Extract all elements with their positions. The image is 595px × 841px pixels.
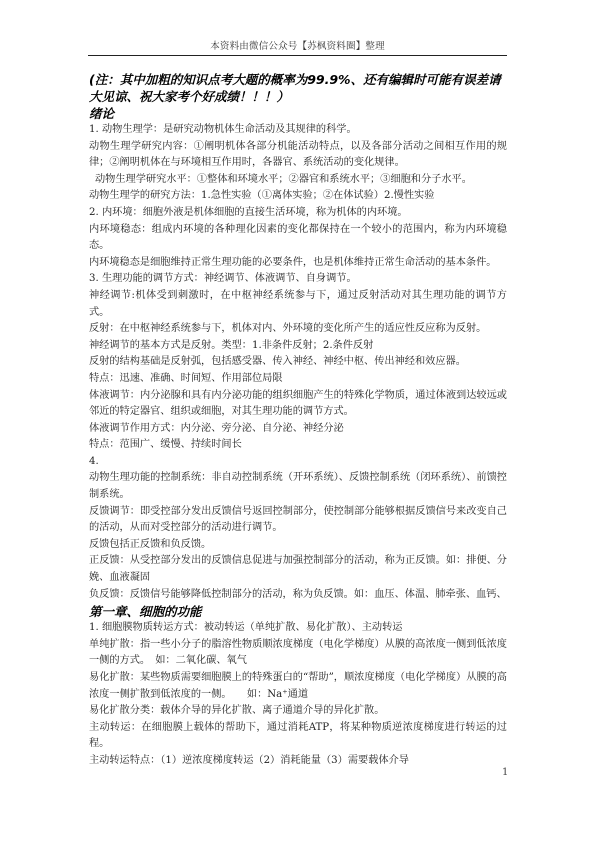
- paragraph: 动物生理学的研究方法：1.急性实验（①离体实验；②在体试验）2.慢性实验: [89, 188, 507, 205]
- paragraph: 反射的结构基础是反射弧，包括感受器、传入神经、神经中枢、传出神经和效应器。: [89, 354, 507, 371]
- paragraph: 内环境稳态是细胞维持正常生理功能的必要条件，也是机体维持正常生命活动的基本条件。: [89, 255, 507, 272]
- page-number: 1: [502, 767, 508, 778]
- paragraph: 神经调节的基本方式是反射。类型：1.非条件反射；2.条件反射: [89, 338, 507, 355]
- page-header: 本资料由微信公众号【苏枫资料圈】整理: [88, 38, 507, 52]
- paragraph: 主动转运：在细胞膜上载体的帮助下，通过消耗ATP，将某种物质逆浓度梯度进行转运的…: [89, 720, 507, 753]
- paragraph: 2. 内环境：细胞外液是机体细胞的直接生活环境，称为机体的内环境。: [89, 205, 507, 222]
- paragraph: 反馈调节：即受控部分发出反馈信号返回控制部分，使控制部分能够根据反馈信号来改变自…: [89, 504, 507, 537]
- paragraph: 1. 动物生理学：是研究动物机体生命活动及其规律的科学。: [89, 122, 507, 139]
- paragraph: 3. 生理功能的调节方式：神经调节、体液调节、自身调节。: [89, 271, 507, 288]
- paragraph: 负反馈：反馈信号能够降低控制部分的活动，称为负反馈。如：血压、体温、肺牵张、血钙…: [89, 587, 507, 604]
- paragraph: 主动转运特点：（1）逆浓度梯度转运（2）消耗能量（3）需要载体介导: [89, 753, 507, 770]
- paragraph: 体液调节：内分泌腺和具有内分泌功能的组织细胞产生的特殊化学物质，通过体液到达较远…: [89, 388, 507, 421]
- paragraph: 神经调节:机体受到刺激时，在中枢神经系统参与下，通过反射活动对其生理功能的调节方…: [89, 288, 507, 321]
- paragraph: 特点：范围广、缓慢、持续时间长: [89, 437, 507, 454]
- paragraph: 动物生理学研究水平：①整体和环境水平；②器官和系统水平；③细胞和分子水平。: [89, 172, 507, 189]
- paragraph: 特点：迅速、准确、时间短、作用部位局限: [89, 371, 507, 388]
- paragraph: 反馈包括正反馈和负反馈。: [89, 537, 507, 554]
- paragraph: 动物生理学研究内容：①阐明机体各部分机能活动特点，以及各部分活动之间相互作用的规…: [89, 139, 507, 172]
- document-body: (注：其中加粗的知识点考大题的概率为99.9%、还有编辑时可能有误差请大见谅、祝…: [89, 71, 507, 770]
- paragraph: 动物生理功能的控制系统：非自动控制系统（开环系统）、反馈控制系统（闭环系统）、前…: [89, 470, 507, 503]
- editor-note: (注：其中加粗的知识点考大题的概率为99.9%、还有编辑时可能有误差请大见谅、祝…: [89, 71, 507, 105]
- paragraph: 1. 细胞膜物质转运方式：被动转运（单纯扩散、易化扩散）、主动转运: [89, 620, 507, 637]
- header-divider: [88, 55, 507, 56]
- paragraph: 易化扩散分类：载体介导的异化扩散、离子通道介导的异化扩散。: [89, 703, 507, 720]
- section-heading-chapter-1: 第一章、细胞的功能: [89, 603, 507, 620]
- paragraph: 正反馈：从受控部分发出的反馈信息促进与加强控制部分的活动，称为正反馈。如：排便、…: [89, 553, 507, 586]
- paragraph: 4.: [89, 454, 507, 471]
- section-heading-intro: 绪论: [89, 105, 507, 122]
- paragraph: 体液调节作用方式：内分泌、旁分泌、自分泌、神经分泌: [89, 421, 507, 438]
- paragraph: 内环境稳态：组成内环境的各种理化因素的变化都保持在一个较小的范围内，称为内环境稳…: [89, 222, 507, 255]
- paragraph: 易化扩散：某些物质需要细胞膜上的特殊蛋白的“帮助”，顺浓度梯度（电化学梯度）从膜…: [89, 670, 507, 703]
- paragraph: 反射：在中枢神经系统参与下，机体对内、外环境的变化所产生的适应性反应称为反射。: [89, 321, 507, 338]
- paragraph: 单纯扩散：指一些小分子的脂溶性物质顺浓度梯度（电化学梯度）从膜的高浓度一侧到低浓…: [89, 637, 507, 670]
